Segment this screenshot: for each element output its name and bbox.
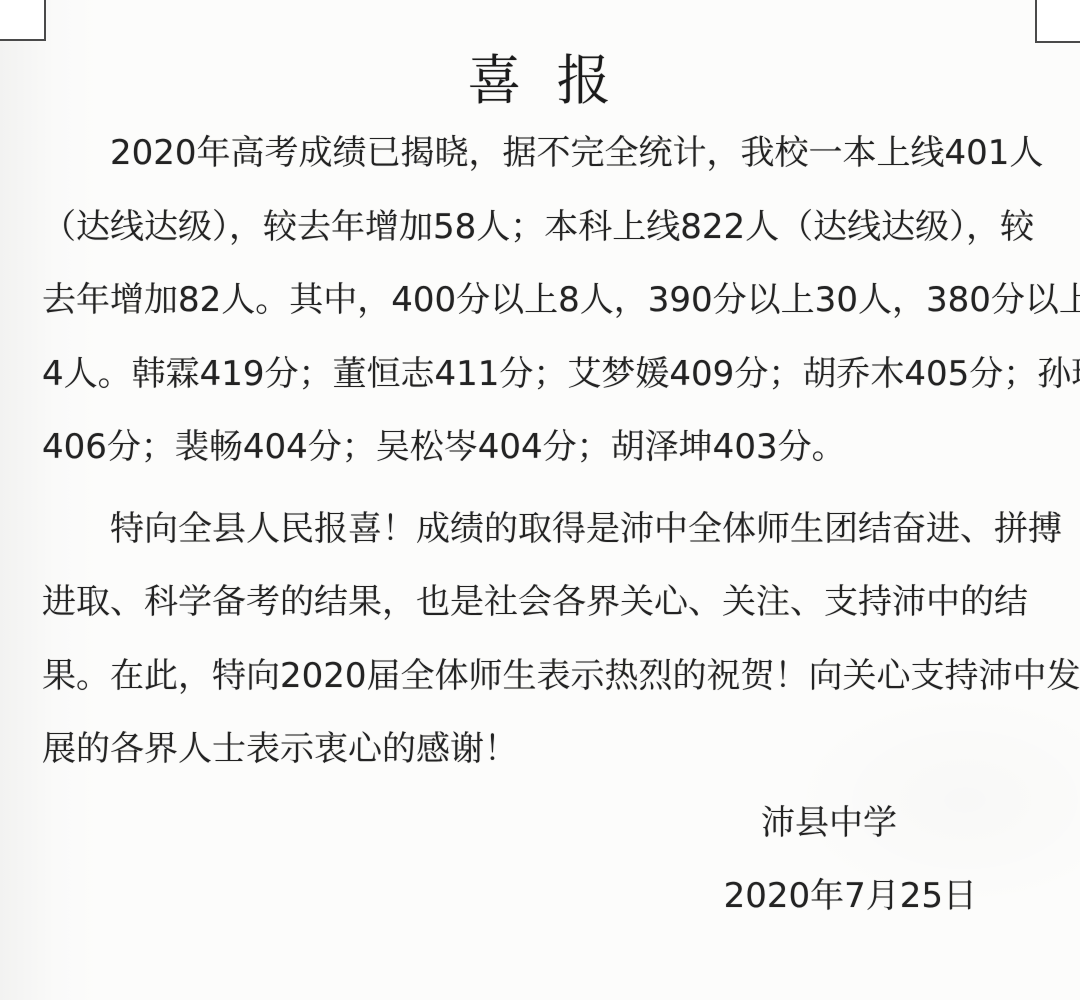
announcement-title: 喜 报: [0, 51, 1080, 111]
paragraph1-line2: （达线达级），较去年增加58人；本科上线822人（达线达级），较: [42, 191, 1040, 265]
paragraph1-line3: 去年增加82人。其中，400分以上8人，390分以上30人，380分以上7: [42, 264, 1040, 338]
paragraph1-line4: 4人。韩霖419分；董恒志411分；艾梦媛409分；胡乔木405分；孙瑜: [42, 338, 1040, 412]
paragraph2-line2: 进取、科学备考的结果，也是社会各界关心、关注、支持沛中的结: [42, 566, 1040, 640]
corner-mark-top-right: [1035, 0, 1080, 43]
paragraph1-line1: 2020年高考成绩已揭晓，据不完全统计，我校一本上线401人: [42, 117, 1040, 191]
signature-school: 沛县中学: [42, 787, 1040, 861]
signature-date: 2020年7月25日: [42, 860, 1040, 934]
announcement-page: 喜 报 2020年高考成绩已揭晓，据不完全统计，我校一本上线401人 （达线达级…: [0, 0, 1080, 1000]
paragraph2-line1: 特向全县人民报喜！成绩的取得是沛中全体师生团结奋进、拼搏: [42, 493, 1040, 567]
corner-mark-top-left: [0, 0, 46, 41]
paragraph2-line3: 果。在此，特向2020届全体师生表示热烈的祝贺！向关心支持沛中发: [42, 640, 1040, 714]
announcement-body: 2020年高考成绩已揭晓，据不完全统计，我校一本上线401人 （达线达级），较去…: [42, 117, 1040, 934]
paragraph1-line5: 406分；裴畅404分；吴松岑404分；胡泽坤403分。: [42, 411, 1040, 485]
paragraph2-line4: 展的各界人士表示衷心的感谢！: [42, 713, 1040, 787]
